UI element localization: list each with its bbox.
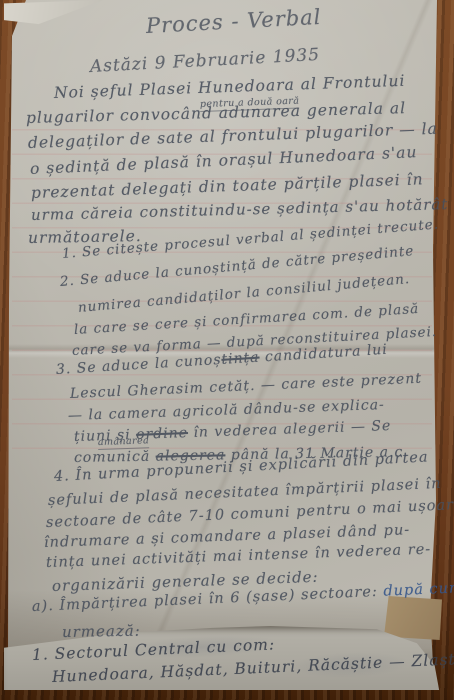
struck-word: tința [221,350,260,368]
document-title: Proces - Verbal [145,5,322,38]
line-segment: în vederea alegerii — Se [188,418,392,441]
photo-of-handwritten-document: Proces - Verbal Astăzi 9 Februarie 1935 … [0,0,454,700]
blue-ink-words: după cum [383,580,454,599]
interline-insertion: amânarea [98,435,150,450]
handwritten-line: urmează: [62,622,141,641]
handwriting-layer: Proces - Verbal Astăzi 9 Februarie 1935 … [0,0,454,700]
date-line: Astăzi 9 Februarie 1935 [89,45,320,77]
